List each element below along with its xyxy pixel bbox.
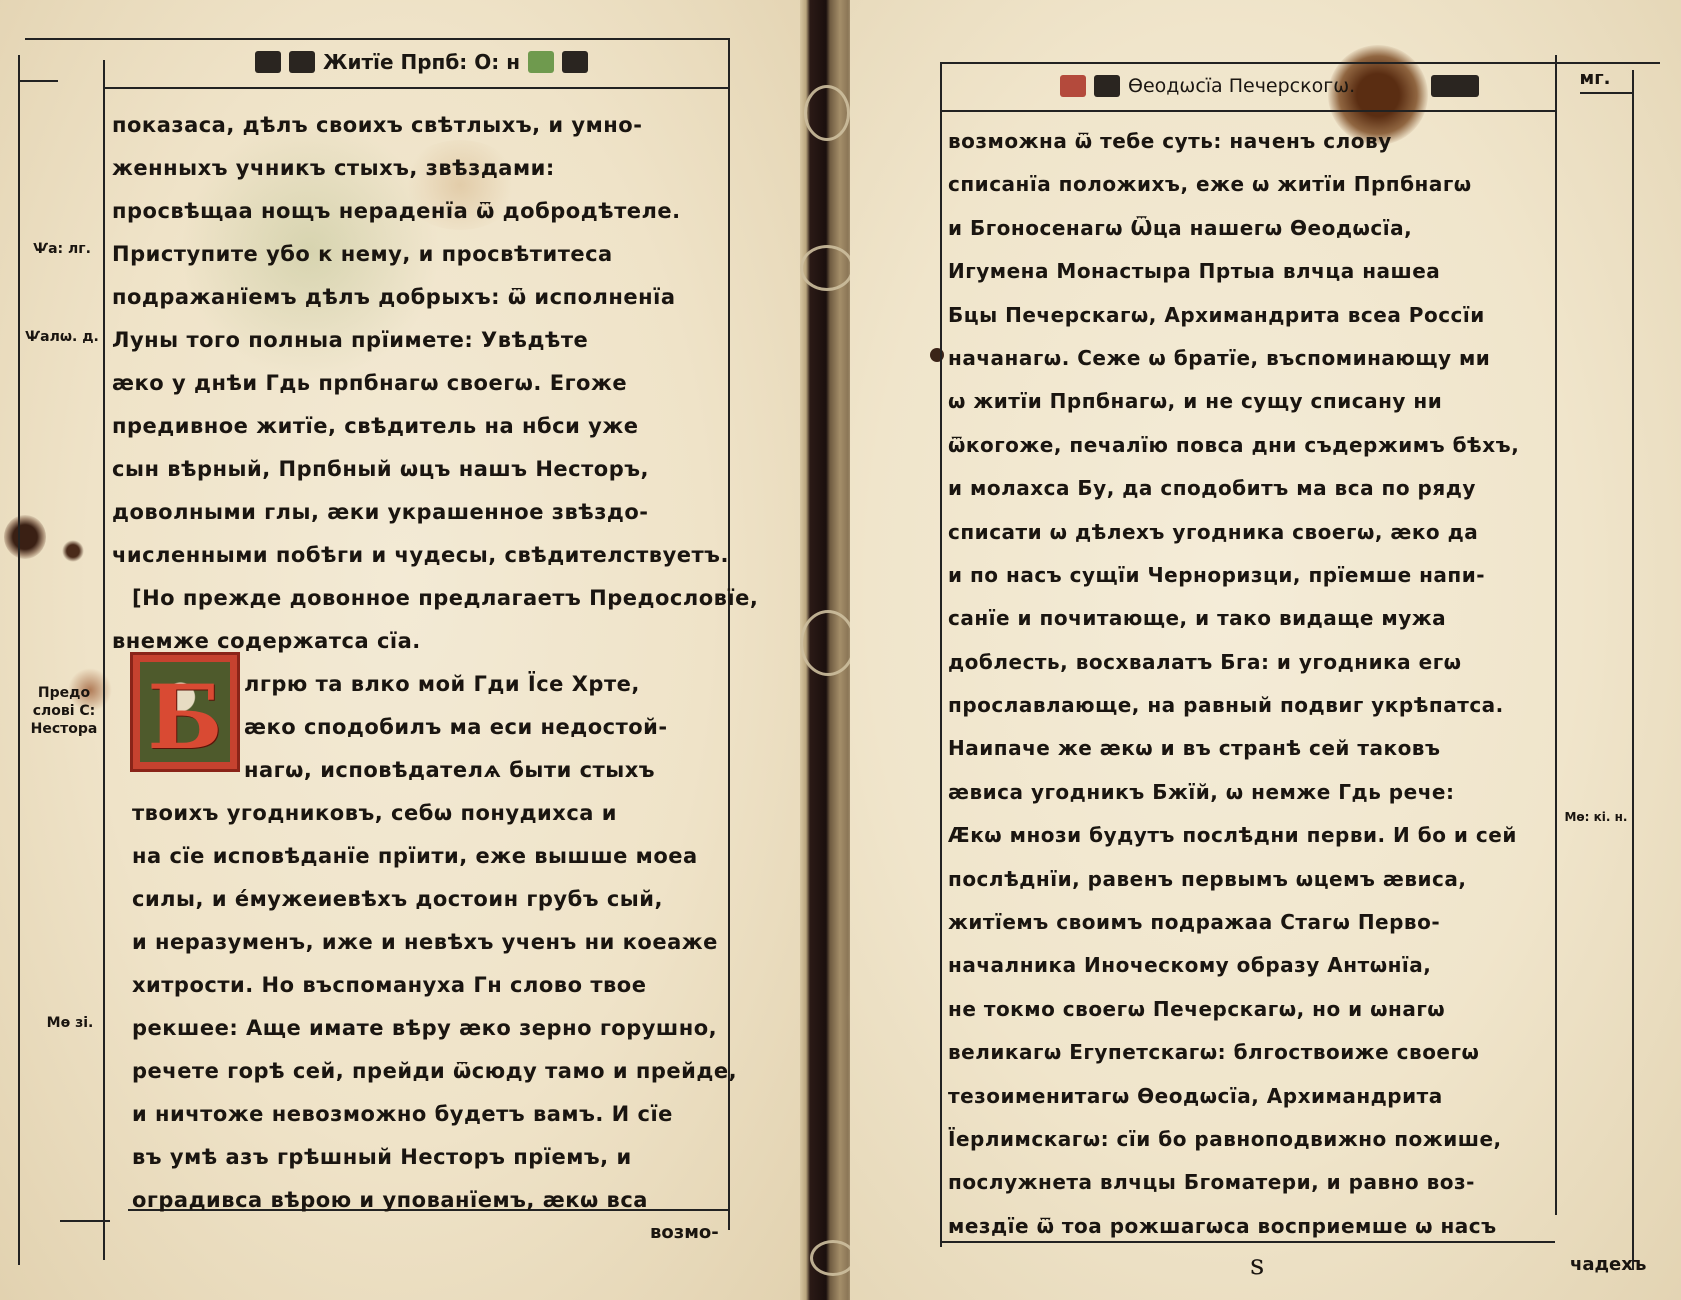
right-page-text: возможна ѿ тебе суть: наченъ слову списа… bbox=[948, 120, 1558, 1248]
text-line: Приступите убо к нему, и просвѣтитеса bbox=[112, 233, 732, 276]
text-line: списанїа положихъ, еже ѡ житїи Прпбнагѡ bbox=[948, 163, 1558, 206]
text-line: и ничтоже невозможно будетъ вамъ. И сїе bbox=[112, 1093, 732, 1136]
ornament-icon bbox=[1060, 75, 1086, 97]
ornament-icon bbox=[1094, 75, 1120, 97]
text-line: не токмо своегѡ Печерскагѡ, но и ѡнагѡ bbox=[948, 988, 1558, 1031]
text-line: послѣднїи, равенъ первымъ ѡцемъ ӕвиса, bbox=[948, 858, 1558, 901]
dark-spot-small bbox=[62, 540, 84, 562]
binding-thread bbox=[804, 85, 850, 141]
dark-spot bbox=[4, 515, 46, 559]
left-page-text: показаса, дѣлъ своихъ свѣтлыхъ, и умно- … bbox=[112, 104, 732, 1222]
text-line: Бцы Печерскагѡ, Архимандрита всеа Россїи bbox=[948, 294, 1558, 337]
margin-bottom-rule bbox=[60, 1220, 110, 1222]
ornament-icon bbox=[562, 51, 588, 73]
text-line: женныхъ учникъ стыхъ, звѣздами: bbox=[112, 147, 732, 190]
folio-rule bbox=[1580, 92, 1632, 94]
header-bottom-rule bbox=[940, 110, 1555, 112]
text-line: Наипаче же ӕкѡ и въ странѣ сей таковъ bbox=[948, 727, 1558, 770]
text-line: житїемъ своимъ подражаа Стагѡ Перво- bbox=[948, 901, 1558, 944]
text-line: Ӕкѡ мнози будутъ послѣдни перви. И бо и … bbox=[948, 814, 1558, 857]
right-page: Ѳеодѡсїа Печерскогѡ. мг. возможна ѿ тебе… bbox=[850, 0, 1681, 1300]
text-line: начанагѡ. Сеже ѡ братїе, въспоминающу ми bbox=[948, 337, 1558, 380]
text-line: и неразуменъ, иже и невѣхъ ученъ ни коеа… bbox=[112, 921, 732, 964]
marginal-note: Ѱалѡ. д. bbox=[22, 328, 102, 346]
text-line: и по насъ сущїи Черноризци, прїемше напи… bbox=[948, 554, 1558, 597]
ornament-icon bbox=[255, 51, 281, 73]
left-rule bbox=[940, 62, 942, 1247]
text-line: хитрости. Но въспомануха Гн слово твое bbox=[112, 964, 732, 1007]
catchword: возмо- bbox=[650, 1222, 719, 1243]
text-line: показаса, дѣлъ своихъ свѣтлыхъ, и умно- bbox=[112, 104, 732, 147]
text-line: рекшее: Аще имате вѣру ӕко зерно горушно… bbox=[112, 1007, 732, 1050]
signature-mark: ѕ bbox=[1250, 1248, 1264, 1281]
binding-thread bbox=[800, 610, 856, 676]
marginal-note: Предо слові С: Нестора bbox=[28, 684, 100, 738]
marginal-note: Ѱа: лг. bbox=[22, 240, 102, 258]
header-bottom-rule bbox=[103, 87, 730, 89]
outer-right-rule bbox=[1632, 70, 1634, 1270]
inner-left-rule bbox=[103, 60, 105, 1260]
text-line: просвѣщаа нощъ нераденїа ѿ добродѣтеле. bbox=[112, 190, 732, 233]
marginal-note: Мѳ: кі. н. bbox=[1562, 808, 1630, 826]
catchword: чадехъ bbox=[1570, 1254, 1646, 1275]
marginal-note: Мѳ зі. bbox=[40, 1014, 100, 1032]
text-line: численными побѣги и чудесы, свѣдителству… bbox=[112, 534, 732, 577]
running-header-left: Житїе Прпб: О: н bbox=[255, 44, 588, 80]
ornament-icon bbox=[289, 51, 315, 73]
text-line: внемже содержатса сїа. bbox=[112, 620, 732, 663]
text-line: и молахса Бу, да сподобитъ ма вса по ряд… bbox=[948, 467, 1558, 510]
text-line: Їерлимскагѡ: сїи бо равноподвижно пожише… bbox=[948, 1118, 1558, 1161]
text-line: доволными глы, ӕки украшенное звѣздо- bbox=[112, 491, 732, 534]
text-line: ӕко у днѣи Гдь прпбнагѡ своегѡ. Егоже bbox=[112, 362, 732, 405]
text-line: тезоименитагѡ Ѳеодѡсїа, Архимандрита bbox=[948, 1075, 1558, 1118]
text-line: ѿкогоже, печалїю повса дни съдержимъ бѣх… bbox=[948, 424, 1558, 467]
running-title: Житїе Прпб: О: н bbox=[323, 50, 520, 74]
text-line: доблесть, восхвалатъ Бга: и угодника егѡ bbox=[948, 641, 1558, 684]
text-line: послужнета влчцы Бгоматери, и равно воз- bbox=[948, 1161, 1558, 1204]
text-line: предивное житїе, свѣдитель на нбси уже bbox=[112, 405, 732, 448]
text-line: и Бгоносенагѡ Ѿца нашегѡ Ѳеодѡсїа, bbox=[948, 207, 1558, 250]
folio-number: мг. bbox=[1565, 70, 1625, 88]
text-line: [Но прежде довонное предлагаетъ Предосло… bbox=[112, 577, 732, 620]
text-line: нагѡ, исповѣдателѧ быти стыхъ bbox=[112, 749, 732, 792]
text-line: великагѡ Егупетскагѡ: блгоствоиже своегѡ bbox=[948, 1031, 1558, 1074]
text-line: речете горѣ сей, прейди ѿсюду тамо и пре… bbox=[112, 1050, 732, 1093]
text-line: подражанїемъ дѣлъ добрыхъ: ѿ исполненїа bbox=[112, 276, 732, 319]
header-top-rule bbox=[25, 38, 730, 40]
binding-thread bbox=[800, 245, 854, 291]
running-header-right: Ѳеодѡсїа Печерскогѡ. bbox=[1060, 68, 1479, 104]
text-line: на сїе исповѣданїе прїити, еже вышше мое… bbox=[112, 835, 732, 878]
text-line: Луны того полныа прїимете: Увѣдѣте bbox=[112, 319, 732, 362]
text-line: Игумена Монастыра Пртыа влчца нашеа bbox=[948, 250, 1558, 293]
text-line: прославлающе, на равный подвиг укрѣпатса… bbox=[948, 684, 1558, 727]
text-line: лгрю та влко мой Гди Їсе Хрте, bbox=[112, 663, 732, 706]
running-title: Ѳеодѡсїа Печерскогѡ. bbox=[1128, 75, 1355, 97]
ornament-icon bbox=[528, 51, 554, 73]
text-line: мездїе ѿ тоа рожшагѡса восприемше ѡ насъ bbox=[948, 1205, 1558, 1248]
text-line: списати ѡ дѣлехъ угодника своегѡ, ӕко да bbox=[948, 511, 1558, 554]
text-line: ӕко сподобилъ ма еси недостой- bbox=[112, 706, 732, 749]
text-line: санїе и почитающе, и тако видаще мужа bbox=[948, 597, 1558, 640]
text-line: возможна ѿ тебе суть: наченъ слову bbox=[948, 120, 1558, 163]
header-top-rule bbox=[940, 62, 1660, 64]
text-line: твоихъ угодниковъ, себѡ понудихса и bbox=[112, 792, 732, 835]
text-line: оградивса вѣрою и упованїемъ, ӕкѡ вса bbox=[112, 1179, 732, 1222]
ornament-icon bbox=[1431, 75, 1479, 97]
text-line: ӕвиса угодникъ Бжїй, ѡ немже Гдь рече: bbox=[948, 771, 1558, 814]
left-page: Житїе Прпб: О: н Б показаса, дѣлъ своихъ… bbox=[0, 0, 800, 1300]
text-line: въ умѣ азъ грѣшный Несторъ прїемъ, и bbox=[112, 1136, 732, 1179]
outer-left-rule bbox=[18, 55, 20, 1265]
text-line: ѡ житїи Прпбнагѡ, и не сущу списану ни bbox=[948, 380, 1558, 423]
margin-short-rule bbox=[18, 80, 58, 82]
text-line: сын вѣрный, Прпбный ѡцъ нашъ Несторъ, bbox=[112, 448, 732, 491]
text-line: началника Иноческому образу Антѡнїа, bbox=[948, 944, 1558, 987]
text-line: силы, и е́мужеиевѣхъ достоин грубъ сый, bbox=[112, 878, 732, 921]
